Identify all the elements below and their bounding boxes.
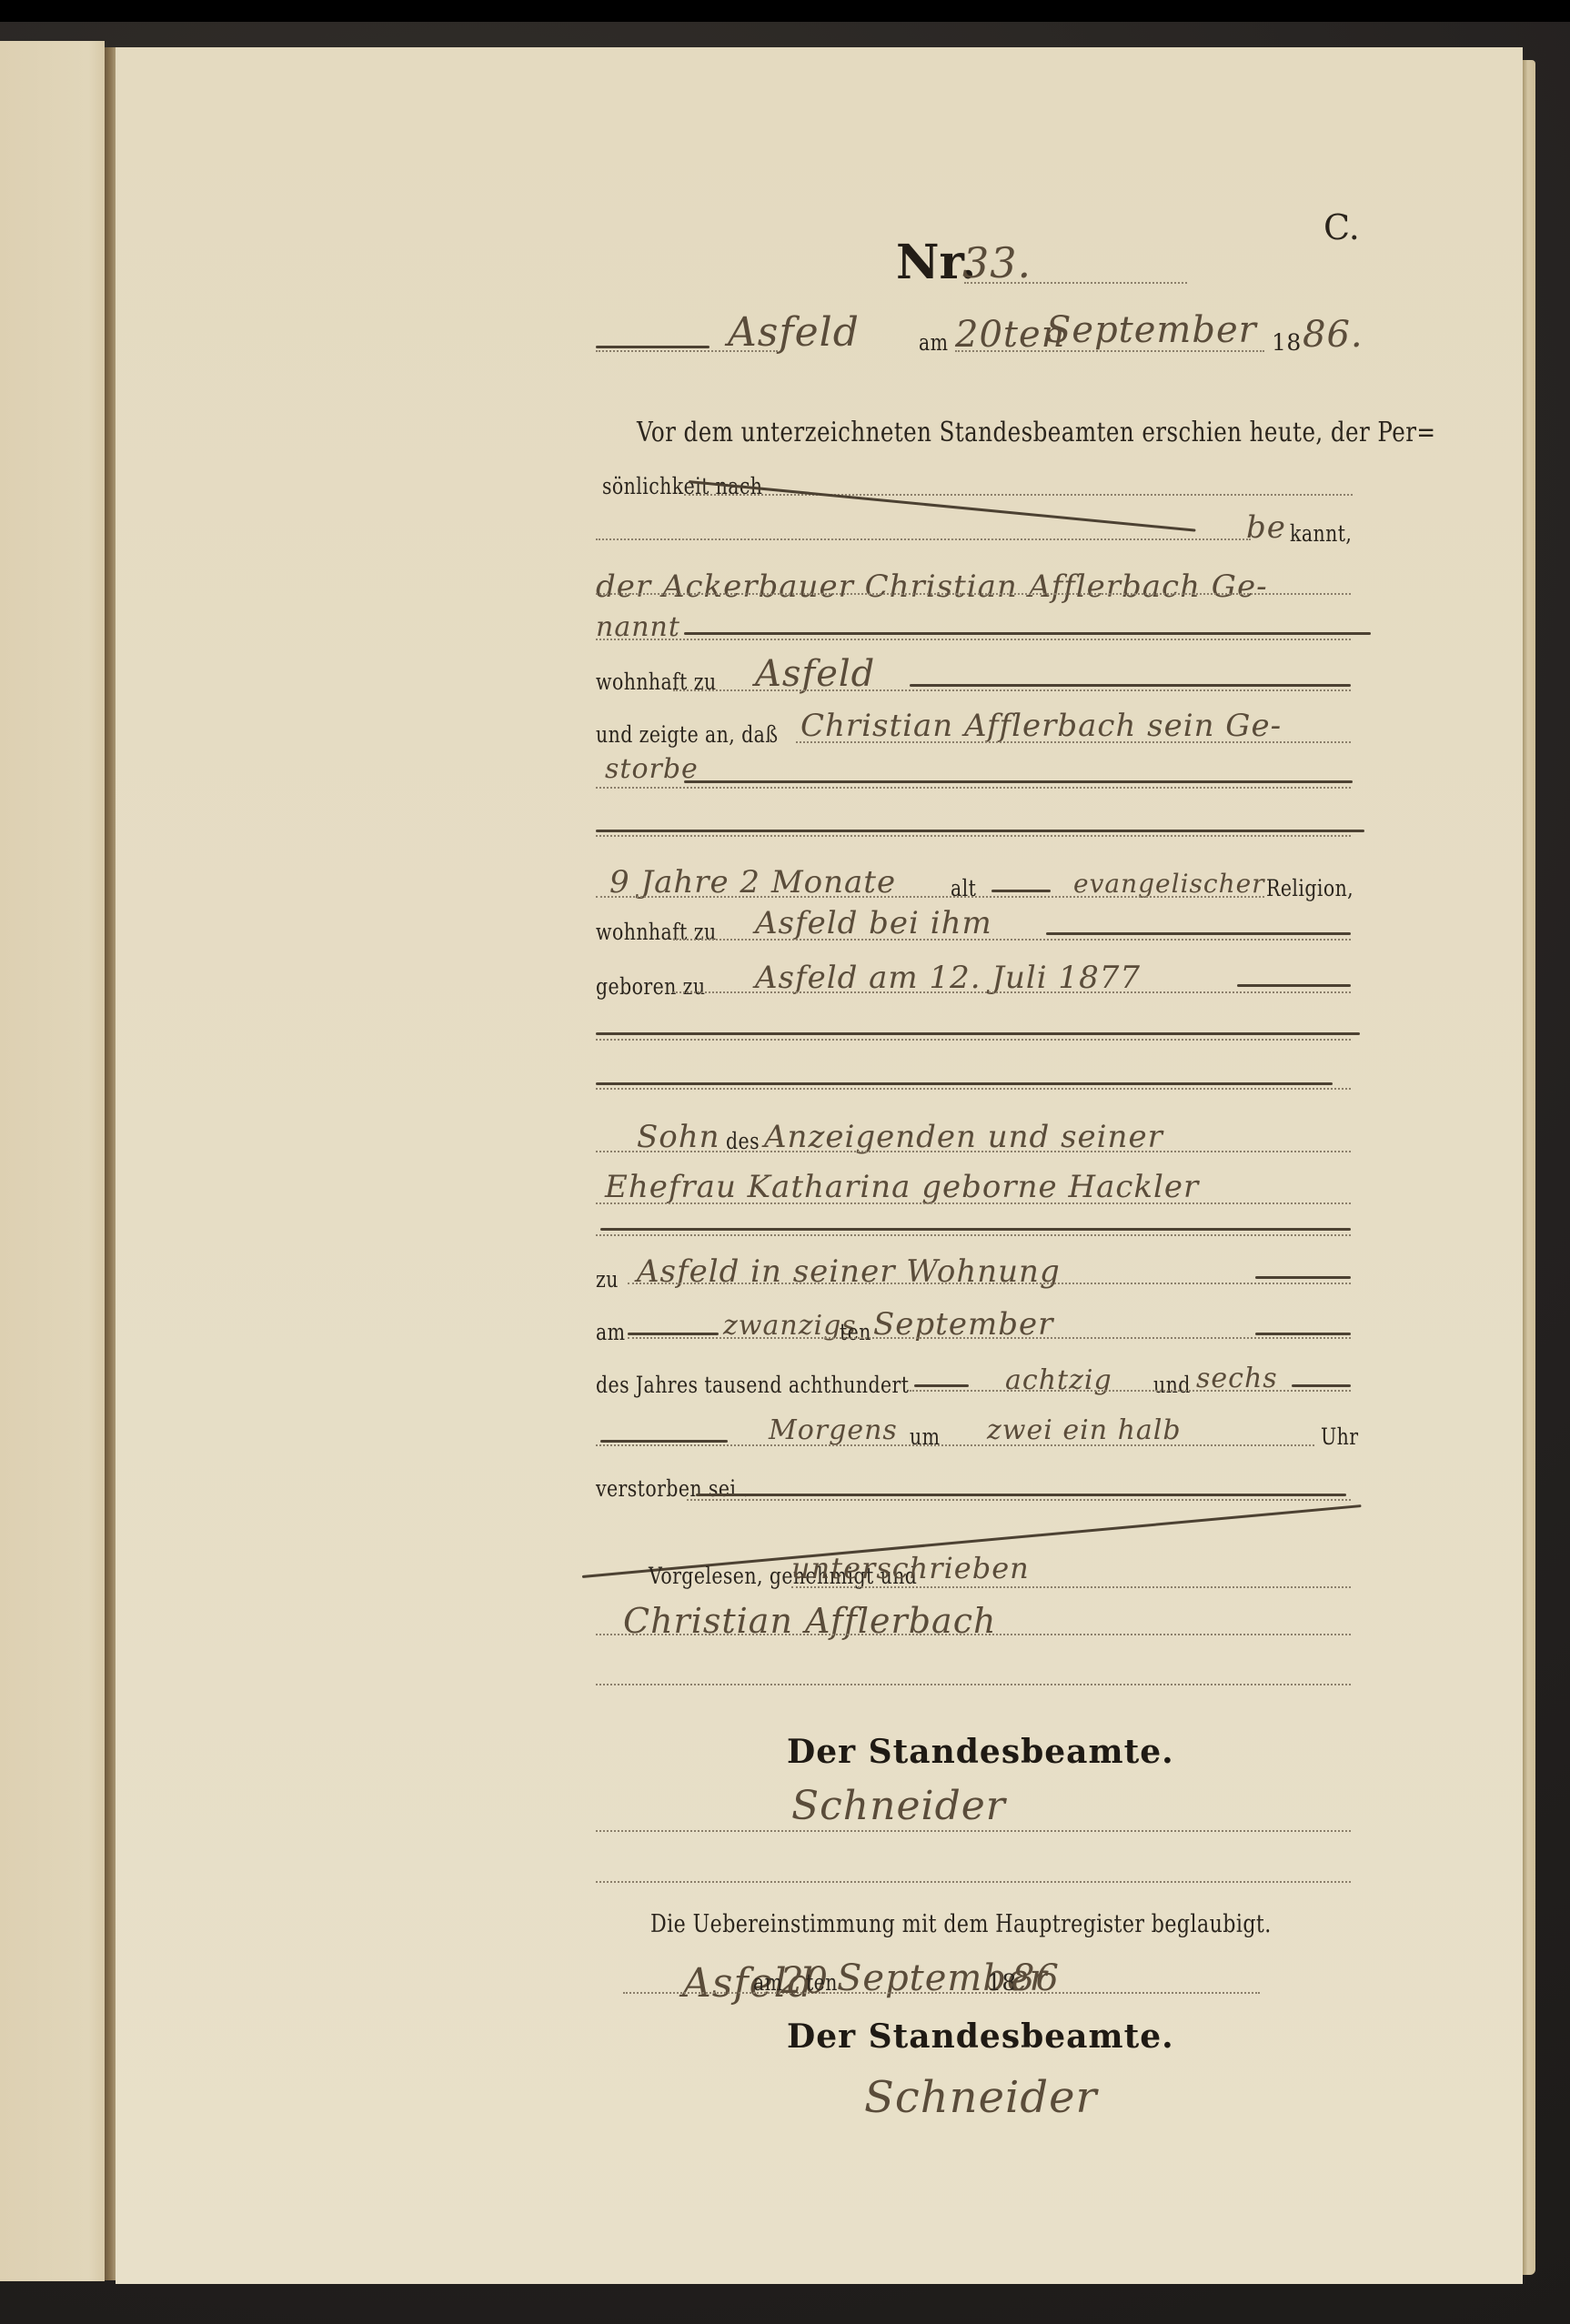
official-signature-1: Schneider (791, 1783, 1006, 1829)
official-signature-2: Schneider (864, 2072, 1097, 2123)
death-day-ten: ten (840, 1319, 871, 1345)
death-place-label: zu (596, 1266, 619, 1293)
filler-stroke (1046, 932, 1351, 935)
record-number-value: 33. (962, 238, 1032, 287)
deceased-religion: evangelischer (1073, 869, 1265, 899)
dotted-line (964, 282, 1187, 284)
filler-stroke (910, 684, 1351, 687)
official-heading-2: Der Standesbeamte. (787, 2017, 1174, 2056)
dotted-line (596, 1444, 1314, 1446)
document-page (116, 47, 1523, 2284)
filler-stroke (596, 830, 1364, 832)
dotted-line (596, 538, 1251, 540)
death-time-uhr: Uhr (1321, 1424, 1359, 1450)
filler-stroke (684, 780, 1353, 783)
filler-stroke (1292, 1384, 1351, 1387)
filler-stroke (596, 1032, 1360, 1035)
deceased-line-1: Christian Afflerbach sein Ge- (800, 708, 1282, 744)
read-approved-written: unterschrieben (791, 1551, 1030, 1585)
dotted-line (673, 689, 1351, 691)
filler-stroke (628, 1333, 719, 1335)
left-page (0, 41, 105, 2281)
certification-year-written: 86 (1011, 1957, 1060, 1999)
filler-stroke (600, 1440, 728, 1443)
page-edge (1523, 60, 1535, 2275)
filler-stroke (1237, 984, 1351, 987)
birth-label: geboren zu (596, 973, 705, 1000)
dotted-line (673, 939, 1351, 941)
religion-label: Religion, (1266, 875, 1354, 901)
death-year-und: und (1153, 1372, 1191, 1398)
dotted-line (955, 350, 1264, 352)
registration-year-written: 86. (1303, 314, 1364, 356)
filler-stroke (600, 1228, 1351, 1231)
informant-line-1: der Ackerbauer Christian Afflerbach Ge- (596, 568, 1268, 605)
dotted-line (687, 1499, 1351, 1501)
deceased-residence-label: wohnhaft zu (596, 919, 717, 945)
certification-am: am (753, 1969, 782, 1996)
death-place: Asfeld in seiner Wohnung (637, 1253, 1061, 1290)
parents-sohn: Sohn (637, 1119, 720, 1155)
dotted-line (596, 1088, 1351, 1090)
header-am: am (919, 329, 948, 356)
dotted-line (596, 1684, 1351, 1685)
filler-stroke (1255, 1276, 1351, 1279)
filler-stroke (596, 346, 710, 348)
known-written: be (1246, 509, 1286, 546)
dotted-line (596, 1039, 1351, 1041)
dotted-line (596, 1881, 1351, 1883)
dotted-line (596, 593, 1351, 595)
dotted-line (684, 494, 1353, 496)
header-year-printed: 18 (1272, 329, 1302, 356)
official-heading-1: Der Standesbeamte. (787, 1733, 1174, 1771)
registration-place: Asfeld (728, 309, 860, 356)
filler-stroke (696, 1494, 1346, 1496)
dotted-line (596, 835, 1351, 837)
dotted-line (596, 1234, 1351, 1236)
death-year-label: des Jahres tausend achthundert (596, 1372, 909, 1398)
death-time-hour: zwei ein halb (987, 1414, 1182, 1446)
dotted-line (596, 1151, 1351, 1152)
filler-stroke (914, 1384, 969, 1387)
death-day-am: am (596, 1319, 625, 1345)
dotted-line (796, 741, 1351, 743)
death-time-part: Morgens (769, 1414, 898, 1446)
window-title-bar: /Abt_Ostwestfalen-Lippe/P6/P6-25/~001/P6… (0, 0, 1570, 22)
deceased-age: 9 Jahre 2 Monate (609, 864, 896, 900)
dotted-line (673, 991, 1351, 993)
dotted-line (596, 1830, 1351, 1832)
birth-place-date: Asfeld am 12. Juli 1877 (755, 960, 1141, 996)
dotted-line (628, 1337, 1351, 1339)
registration-month: September (1046, 309, 1257, 351)
filler-stroke (991, 890, 1051, 892)
dotted-line (791, 1586, 1351, 1588)
reported-label: und zeigte an, daß (596, 721, 778, 748)
parents-line-2: Ehefrau Katharina geborne Hackler (605, 1169, 1199, 1205)
known-printed: kannt, (1290, 520, 1352, 547)
intro-line-1: Vor dem unterzeichneten Standesbeamten e… (637, 417, 1435, 448)
dotted-line (596, 787, 1351, 789)
dotted-line (596, 1634, 1351, 1635)
certification-text: Die Uebereinstimmung mit dem Hauptregist… (650, 1910, 1272, 1938)
dotted-line (596, 1202, 1351, 1204)
filler-stroke (684, 632, 1371, 635)
dotted-line (596, 896, 1264, 898)
form-letter-mark: C. (1323, 207, 1360, 247)
parents-line-1: Anzeigenden und seiner (764, 1119, 1163, 1155)
dotted-line (596, 639, 1351, 640)
died-label: verstorben sei . (596, 1475, 749, 1502)
filler-stroke (596, 1082, 1333, 1085)
filler-stroke (1255, 1333, 1351, 1335)
deceased-residence: Asfeld bei ihm (755, 905, 992, 941)
book-gutter (105, 47, 116, 2280)
dotted-line (910, 1390, 1351, 1392)
dotted-line (628, 1283, 1351, 1284)
